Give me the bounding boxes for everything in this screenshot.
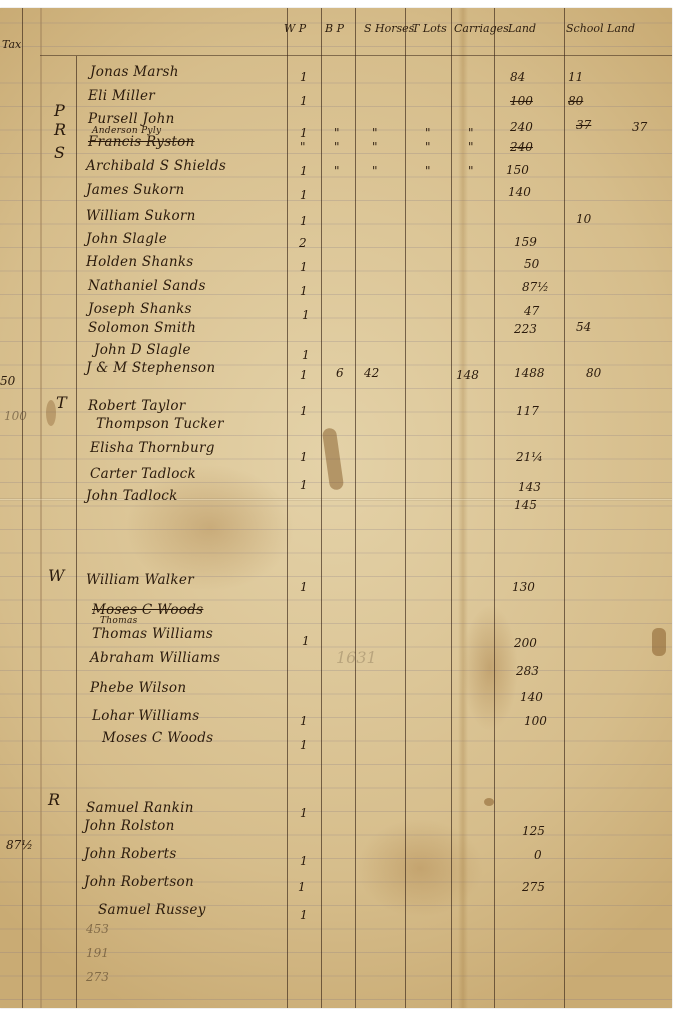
wp-value: 1 (300, 70, 308, 84)
carriages-value: " (468, 140, 474, 154)
wp-value: 1 (302, 348, 310, 362)
bp-value: " (334, 164, 340, 178)
wp-value: 1 (300, 478, 308, 492)
wp-value: 1 (300, 908, 308, 922)
entry-name: Jonas Marsh (90, 64, 179, 80)
entry-name: Nathaniel Sands (88, 278, 206, 294)
wp-value: 1 (300, 164, 308, 178)
entry-name: Holden Shanks (86, 254, 194, 270)
column-header-wp: W P (284, 22, 306, 35)
land-value: 21¼ (516, 450, 543, 464)
header-rule (40, 55, 672, 56)
land-value: 125 (522, 824, 545, 838)
entry-name: Solomon Smith (88, 320, 196, 336)
ink-stain (652, 628, 666, 656)
wp-value: 1 (300, 714, 308, 728)
wp-value: 1 (300, 94, 308, 108)
entry-name: Thompson Tucker (96, 416, 224, 432)
entry-name: Pursell John (88, 111, 175, 127)
entry-name: Samuel Russey (98, 902, 206, 918)
land-value: 1488 (514, 366, 545, 380)
entry-name: William Walker (86, 572, 194, 588)
entry-name: Francis Ryston (88, 134, 195, 150)
carriages-value: " (468, 164, 474, 178)
bp-value: 6 (336, 366, 344, 380)
entry-name: J & M Stephenson (86, 360, 215, 376)
wp-value: 1 (300, 126, 308, 140)
left-margin-value: 100 (4, 409, 27, 423)
school-land-value: 10 (576, 212, 591, 226)
school-land-value: 80 (568, 94, 583, 108)
ink-stain (46, 400, 56, 426)
entry-name: John Rolston (84, 818, 175, 834)
tlots-value: " (425, 126, 431, 140)
horses-value: " (372, 164, 378, 178)
land-value: 145 (514, 498, 537, 512)
school-land-extra: 37 (632, 120, 647, 134)
column-rule (451, 8, 452, 1008)
column-header-horses: S Horses (364, 22, 414, 35)
left-margin-value: 87½ (6, 838, 33, 852)
column-rule (564, 8, 565, 1008)
land-value: 283 (516, 664, 539, 678)
land-value: 84 (510, 70, 525, 84)
land-value: 47 (524, 304, 539, 318)
wp-value: 1 (300, 188, 308, 202)
entry-name: Thomas Williams (92, 626, 213, 642)
column-rule (405, 8, 406, 1008)
land-value: 87½ (522, 280, 549, 294)
entry-name: Carter Tadlock (90, 466, 196, 482)
column-rule (76, 56, 77, 1008)
entry-name: John Robertson (84, 874, 194, 890)
section-letter: T (56, 393, 67, 412)
entry-name: Eli Miller (88, 88, 155, 104)
section-letter: R (54, 120, 66, 139)
left-margin-header: Tax (2, 38, 21, 51)
horses-value: " (372, 126, 378, 140)
ledger-page: Tax 50 100 87½ W P B P S Horses T Lots C… (0, 8, 672, 1008)
entry-name: Elisha Thornburg (90, 440, 215, 456)
column-header-school-land: School Land (566, 22, 635, 35)
land-value: 240 (510, 120, 533, 134)
wp-value: 1 (300, 450, 308, 464)
left-margin-value: 50 (0, 374, 15, 388)
land-value: 50 (524, 257, 539, 271)
horses-value: " (372, 140, 378, 154)
section-letter: S (54, 143, 65, 162)
wp-value: 1 (300, 284, 308, 298)
land-value: 100 (524, 714, 547, 728)
carriages-value: " (468, 126, 474, 140)
wp-value: 2 (299, 236, 307, 250)
land-value: 130 (512, 580, 535, 594)
school-land-value: 11 (568, 70, 583, 84)
pencil-figure: 453 (86, 922, 109, 936)
left-margin-strip (0, 8, 42, 1008)
entry-name: John D Slagle (94, 342, 191, 358)
entry-name: Samuel Rankin (86, 800, 194, 816)
entry-name: William Sukorn (86, 208, 196, 224)
wp-value: " (300, 140, 306, 154)
wp-value: 1 (302, 634, 310, 648)
tlots-value: " (425, 164, 431, 178)
land-value: 140 (520, 690, 543, 704)
entry-name: John Slagle (86, 231, 167, 247)
interlinear-note: Thomas (100, 616, 138, 626)
entry-name: Robert Taylor (88, 398, 186, 414)
entry-name: Moses C Woods (102, 730, 213, 746)
section-letter: P (54, 101, 65, 120)
pencil-figure: 191 (86, 946, 109, 960)
wp-value: 1 (300, 214, 308, 228)
column-rule (22, 8, 23, 1008)
entry-name: Phebe Wilson (90, 680, 186, 696)
entry-name: John Tadlock (86, 488, 178, 504)
bleedthrough-figure: 1631 (336, 648, 377, 667)
column-header-bp: B P (325, 22, 344, 35)
entry-name: James Sukorn (86, 182, 184, 198)
section-letter: R (48, 790, 60, 809)
ink-stain (484, 798, 494, 806)
land-value: 240 (510, 140, 533, 154)
land-value: 100 (510, 94, 533, 108)
carriages-value: 148 (456, 368, 479, 382)
wp-value: 1 (300, 738, 308, 752)
bp-value: " (334, 140, 340, 154)
column-rule (287, 8, 288, 1008)
wp-value: 1 (300, 404, 308, 418)
wp-value: 1 (302, 308, 310, 322)
pencil-figure: 273 (86, 970, 109, 984)
column-rule (321, 8, 322, 1008)
column-header-land: Land (508, 22, 536, 35)
column-rule (494, 8, 495, 1008)
horses-value: 42 (364, 366, 379, 380)
school-land-value: 80 (586, 366, 601, 380)
land-value: 117 (516, 404, 539, 418)
entry-name: Abraham Williams (90, 650, 220, 666)
wp-value: 1 (298, 880, 306, 894)
entry-name: Lohar Williams (92, 708, 199, 724)
bp-value: " (334, 126, 340, 140)
wp-value: 1 (300, 368, 308, 382)
wp-value: 1 (300, 806, 308, 820)
land-value: 275 (522, 880, 545, 894)
land-value: 140 (508, 185, 531, 199)
section-letter: W (48, 566, 64, 585)
tlots-value: " (425, 140, 431, 154)
land-value: 143 (518, 480, 541, 494)
wp-value: 1 (300, 580, 308, 594)
entry-name: Archibald S Shields (86, 158, 226, 174)
wp-value: 1 (300, 854, 308, 868)
school-land-value: 54 (576, 320, 591, 334)
land-value: 159 (514, 235, 537, 249)
land-value: 223 (514, 322, 537, 336)
wp-value: 1 (300, 260, 308, 274)
land-value: 0 (534, 848, 542, 862)
land-value: 200 (514, 636, 537, 650)
school-land-value: 37 (576, 118, 591, 132)
column-header-carriages: Carriages (454, 22, 509, 35)
entry-name: Joseph Shanks (88, 301, 192, 317)
column-rule (355, 8, 356, 1008)
column-header-tlots: T Lots (412, 22, 447, 35)
entry-name: John Roberts (84, 846, 177, 862)
land-value: 150 (506, 163, 529, 177)
vertical-fold (458, 8, 468, 1008)
